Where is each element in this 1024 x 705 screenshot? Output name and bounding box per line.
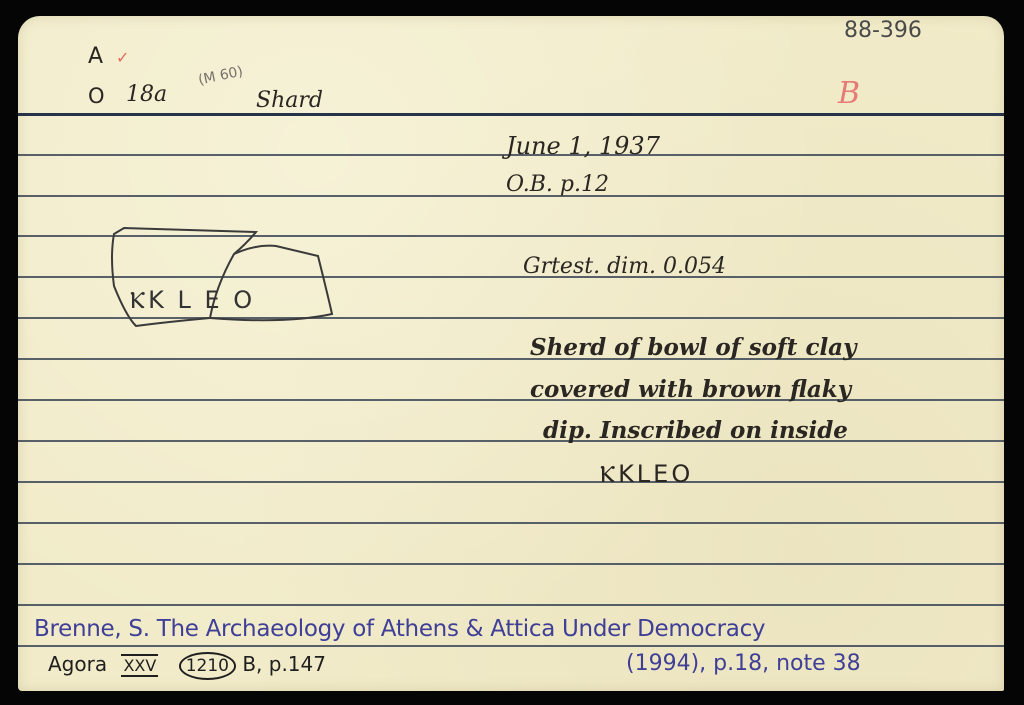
agora-label: Agora [48, 652, 107, 676]
description-line: Sherd of bowl of soft clay [530, 334, 856, 361]
ruled-line [18, 399, 1004, 401]
sketch-inscription: ⲔK L E O [130, 286, 255, 314]
dimension: Grtest. dim. 0.054 [523, 254, 726, 279]
header-rule [18, 113, 1004, 116]
section-letter: B [838, 76, 860, 111]
description-line: covered with brown flaky [530, 376, 851, 403]
catalog-number: 88-396 [844, 18, 922, 43]
category-code: A [88, 44, 103, 69]
inventory-prefix: O [88, 84, 105, 108]
ruled-line [18, 481, 1004, 483]
agora-item-number: 1210 [179, 652, 236, 680]
notebook-ref: O.B. p.12 [506, 172, 609, 197]
checkmark-icon: ✓ [116, 48, 129, 67]
description-inscription: ⲔKLEO [600, 460, 693, 488]
inventory-number: 18a [126, 82, 167, 107]
ruled-line [18, 522, 1004, 524]
sherd-sketch [106, 226, 336, 336]
index-card: A ✓ O 18a (M 60) Shard 88-396 B ⲔK L E O… [18, 16, 1004, 691]
object-type: Shard [256, 88, 323, 113]
agora-page: B, p.147 [242, 652, 326, 676]
agora-volume: XXV [121, 654, 158, 677]
agora-ref: Agora XXV 1210 B, p.147 [48, 652, 326, 680]
bibliography-line: Brenne, S. The Archaeology of Athens & A… [34, 616, 765, 642]
pencil-note: (M 60) [197, 63, 245, 88]
bibliography-page-ref: (1994), p.18, note 38 [626, 651, 861, 676]
description-line: dip. Inscribed on inside [543, 417, 848, 444]
date: June 1, 1937 [506, 132, 660, 160]
ruled-line [18, 440, 1004, 442]
ruled-line [18, 604, 1004, 606]
ruled-line [18, 563, 1004, 565]
ruled-line [18, 645, 1004, 647]
